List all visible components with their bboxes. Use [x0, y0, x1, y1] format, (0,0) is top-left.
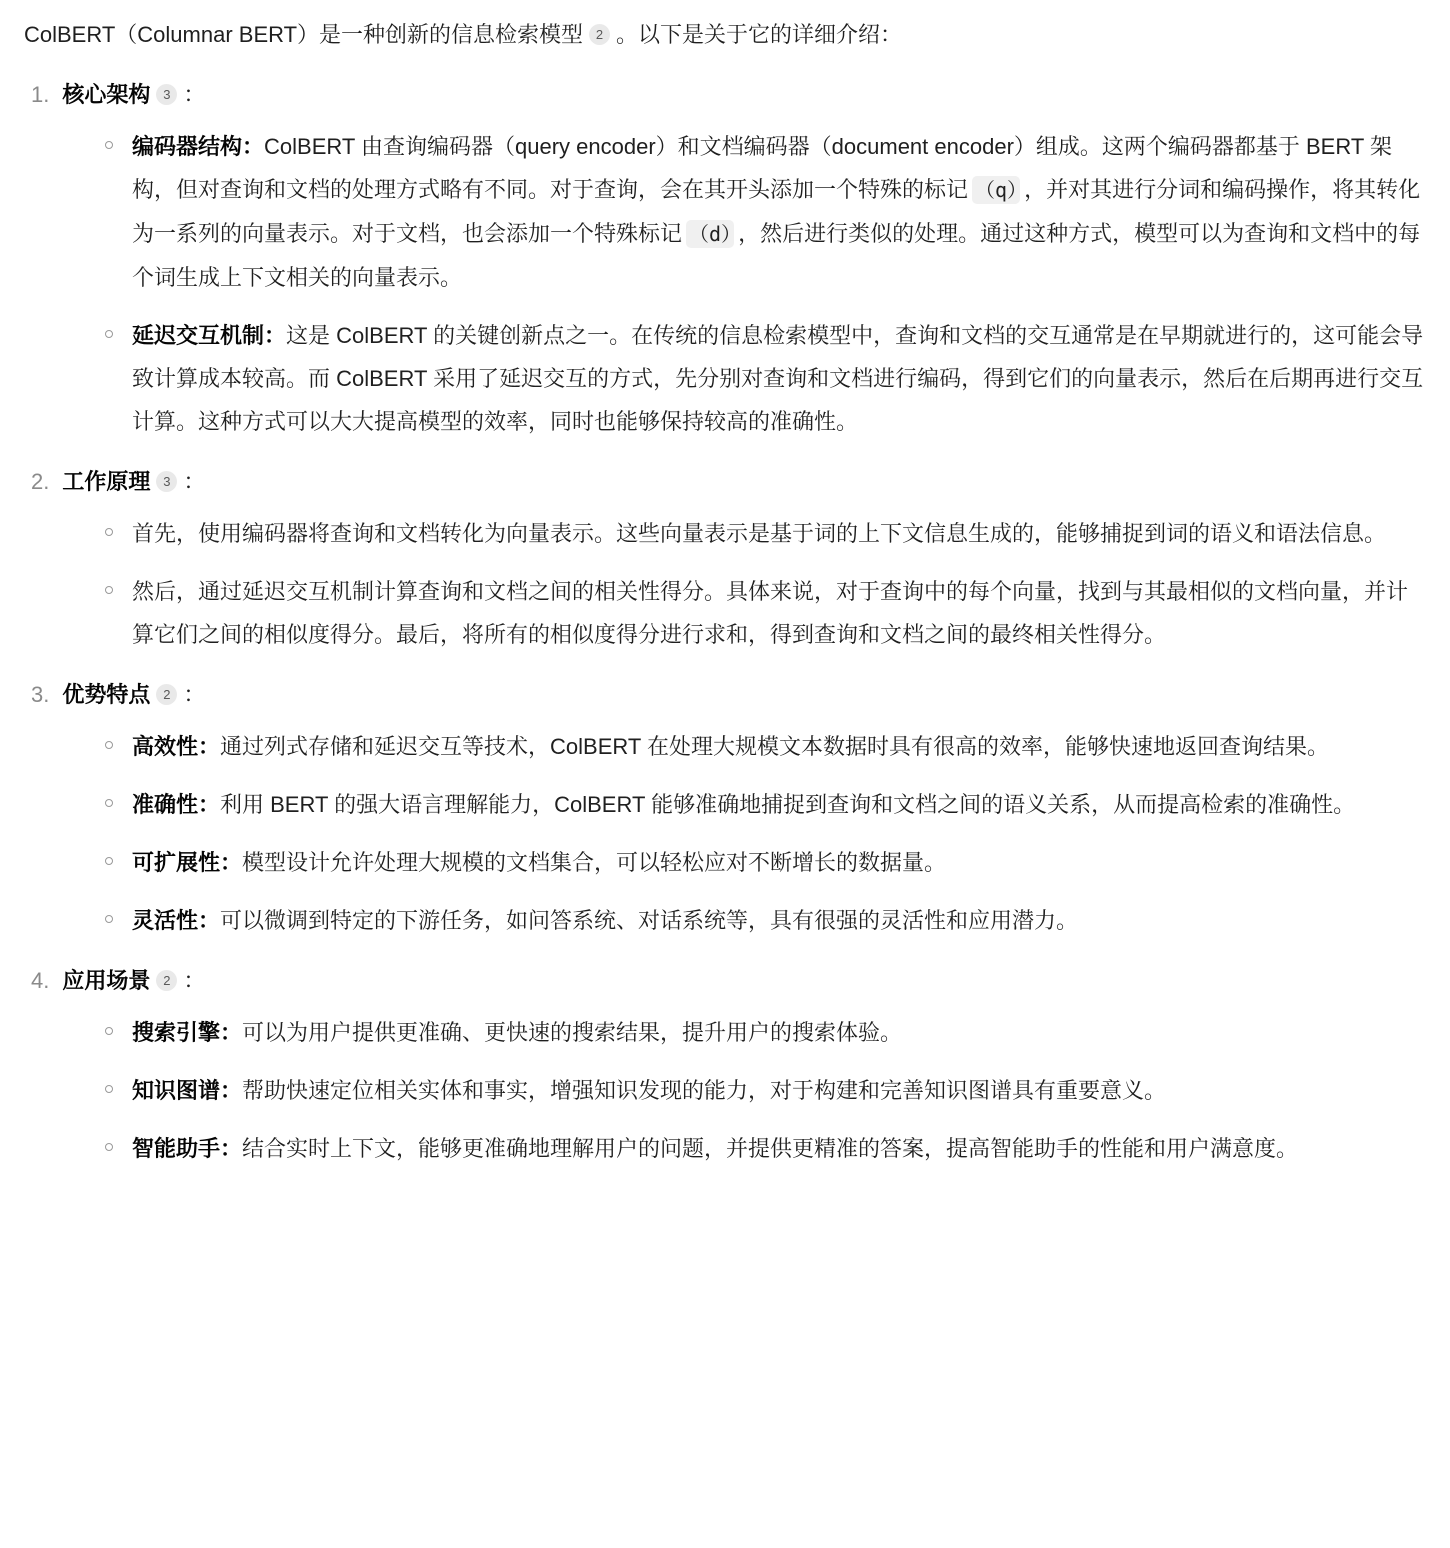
- section-items: 搜索引擎：可以为用户提供更准确、更快速的搜索结果，提升用户的搜索体验。 知识图谱…: [105, 1011, 1426, 1170]
- item-segment: 首先，使用编码器将查询和文档转化为向量表示。这些向量表示是基于词的上下文信息生成…: [132, 521, 1386, 546]
- item-segment: 结合实时上下文，能够更准确地理解用户的问题，并提供更精准的答案，提高智能助手的性…: [242, 1136, 1298, 1161]
- section-colon: ：: [183, 968, 205, 993]
- bullet-circle-icon: [105, 741, 113, 749]
- bullet-circle-icon: [105, 799, 113, 807]
- intro-text-before: ColBERT（Columnar BERT）是一种创新的信息检索模型: [24, 22, 583, 47]
- section-core-architecture: 1.核心架构3： 编码器结构：ColBERT 由查询编码器（query enco…: [24, 73, 1426, 443]
- item-label: 准确性：: [132, 792, 220, 817]
- citation-badge[interactable]: 2: [589, 24, 610, 45]
- item-label: 延迟交互机制：: [132, 323, 286, 348]
- item-text: 灵活性：可以微调到特定的下游任务，如问答系统、对话系统等，具有很强的灵活性和应用…: [132, 899, 1426, 942]
- list-item: 灵活性：可以微调到特定的下游任务，如问答系统、对话系统等，具有很强的灵活性和应用…: [105, 899, 1426, 942]
- list-item: 搜索引擎：可以为用户提供更准确、更快速的搜索结果，提升用户的搜索体验。: [105, 1011, 1426, 1054]
- item-segment: 可以微调到特定的下游任务，如问答系统、对话系统等，具有很强的灵活性和应用潜力。: [220, 908, 1078, 933]
- list-item: 知识图谱：帮助快速定位相关实体和事实，增强知识发现的能力，对于构建和完善知识图谱…: [105, 1069, 1426, 1112]
- item-segment: 可以为用户提供更准确、更快速的搜索结果，提升用户的搜索体验。: [242, 1020, 902, 1045]
- bullet-circle-icon: [105, 330, 113, 338]
- item-text: 智能助手：结合实时上下文，能够更准确地理解用户的问题，并提供更精准的答案，提高智…: [132, 1127, 1426, 1170]
- section-colon: ：: [183, 469, 205, 494]
- bullet-circle-icon: [105, 915, 113, 923]
- citation-badge[interactable]: 2: [156, 684, 177, 705]
- list-item: 首先，使用编码器将查询和文档转化为向量表示。这些向量表示是基于词的上下文信息生成…: [105, 512, 1426, 555]
- item-text: 然后，通过延迟交互机制计算查询和文档之间的相关性得分。具体来说，对于查询中的每个…: [132, 570, 1426, 656]
- bullet-circle-icon: [105, 141, 113, 149]
- section-heading: 1.核心架构3：: [24, 73, 1426, 116]
- section-heading: 4.应用场景2：: [24, 959, 1426, 1002]
- list-number: 4.: [31, 959, 49, 1002]
- citation-badge[interactable]: 3: [156, 471, 177, 492]
- section-colon: ：: [183, 82, 205, 107]
- bullet-circle-icon: [105, 1085, 113, 1093]
- item-label: 智能助手：: [132, 1136, 242, 1161]
- citation-badge[interactable]: 2: [156, 970, 177, 991]
- citation-badge[interactable]: 3: [156, 84, 177, 105]
- item-text: 延迟交互机制：这是 ColBERT 的关键创新点之一。在传统的信息检索模型中，查…: [132, 314, 1426, 443]
- item-segment: 利用 BERT 的强大语言理解能力，ColBERT 能够准确地捕捉到查询和文档之…: [220, 792, 1355, 817]
- item-segment: 然后，通过延迟交互机制计算查询和文档之间的相关性得分。具体来说，对于查询中的每个…: [132, 579, 1408, 647]
- section-items: 高效性：通过列式存储和延迟交互等技术，ColBERT 在处理大规模文本数据时具有…: [105, 725, 1426, 942]
- section-colon: ：: [183, 682, 205, 707]
- item-text: 首先，使用编码器将查询和文档转化为向量表示。这些向量表示是基于词的上下文信息生成…: [132, 512, 1426, 555]
- item-text: 准确性：利用 BERT 的强大语言理解能力，ColBERT 能够准确地捕捉到查询…: [132, 783, 1426, 826]
- bullet-circle-icon: [105, 1143, 113, 1151]
- section-title: 工作原理: [62, 469, 150, 494]
- item-label: 编码器结构：: [132, 134, 264, 159]
- section-heading: 2.工作原理3：: [24, 460, 1426, 503]
- intro-paragraph: ColBERT（Columnar BERT）是一种创新的信息检索模型2。以下是关…: [24, 13, 1426, 56]
- bullet-circle-icon: [105, 857, 113, 865]
- list-item: 然后，通过延迟交互机制计算查询和文档之间的相关性得分。具体来说，对于查询中的每个…: [105, 570, 1426, 656]
- section-advantages: 3.优势特点2： 高效性：通过列式存储和延迟交互等技术，ColBERT 在处理大…: [24, 673, 1426, 942]
- list-item: 智能助手：结合实时上下文，能够更准确地理解用户的问题，并提供更精准的答案，提高智…: [105, 1127, 1426, 1170]
- list-item: 编码器结构：ColBERT 由查询编码器（query encoder）和文档编码…: [105, 125, 1426, 299]
- item-segment: 这是 ColBERT 的关键创新点之一。在传统的信息检索模型中，查询和文档的交互…: [132, 323, 1423, 434]
- bullet-circle-icon: [105, 1027, 113, 1035]
- intro-text-after: 。以下是关于它的详细介绍：: [616, 22, 902, 47]
- section-use-cases: 4.应用场景2： 搜索引擎：可以为用户提供更准确、更快速的搜索结果，提升用户的搜…: [24, 959, 1426, 1170]
- section-title: 优势特点: [62, 682, 150, 707]
- item-segment: 通过列式存储和延迟交互等技术，ColBERT 在处理大规模文本数据时具有很高的效…: [220, 734, 1329, 759]
- item-text: 编码器结构：ColBERT 由查询编码器（query encoder）和文档编码…: [132, 125, 1426, 299]
- inline-code: （q）: [972, 176, 1020, 204]
- list-number: 1.: [31, 73, 49, 116]
- item-label: 可扩展性：: [132, 850, 242, 875]
- item-segment: 帮助快速定位相关实体和事实，增强知识发现的能力，对于构建和完善知识图谱具有重要意…: [242, 1078, 1166, 1103]
- item-text: 搜索引擎：可以为用户提供更准确、更快速的搜索结果，提升用户的搜索体验。: [132, 1011, 1426, 1054]
- section-title: 核心架构: [62, 82, 150, 107]
- bullet-circle-icon: [105, 528, 113, 536]
- section-title: 应用场景: [62, 968, 150, 993]
- item-segment: 模型设计允许处理大规模的文档集合，可以轻松应对不断增长的数据量。: [242, 850, 946, 875]
- list-item: 可扩展性：模型设计允许处理大规模的文档集合，可以轻松应对不断增长的数据量。: [105, 841, 1426, 884]
- inline-code: （d）: [686, 220, 734, 248]
- section-items: 首先，使用编码器将查询和文档转化为向量表示。这些向量表示是基于词的上下文信息生成…: [105, 512, 1426, 656]
- list-number: 2.: [31, 460, 49, 503]
- document-body: ColBERT（Columnar BERT）是一种创新的信息检索模型2。以下是关…: [24, 13, 1426, 1170]
- item-text: 高效性：通过列式存储和延迟交互等技术，ColBERT 在处理大规模文本数据时具有…: [132, 725, 1426, 768]
- item-label: 高效性：: [132, 734, 220, 759]
- list-item: 准确性：利用 BERT 的强大语言理解能力，ColBERT 能够准确地捕捉到查询…: [105, 783, 1426, 826]
- bullet-circle-icon: [105, 586, 113, 594]
- section-working-principle: 2.工作原理3： 首先，使用编码器将查询和文档转化为向量表示。这些向量表示是基于…: [24, 460, 1426, 656]
- item-label: 搜索引擎：: [132, 1020, 242, 1045]
- item-label: 知识图谱：: [132, 1078, 242, 1103]
- item-text: 可扩展性：模型设计允许处理大规模的文档集合，可以轻松应对不断增长的数据量。: [132, 841, 1426, 884]
- section-heading: 3.优势特点2：: [24, 673, 1426, 716]
- list-item: 高效性：通过列式存储和延迟交互等技术，ColBERT 在处理大规模文本数据时具有…: [105, 725, 1426, 768]
- section-items: 编码器结构：ColBERT 由查询编码器（query encoder）和文档编码…: [105, 125, 1426, 443]
- item-text: 知识图谱：帮助快速定位相关实体和事实，增强知识发现的能力，对于构建和完善知识图谱…: [132, 1069, 1426, 1112]
- list-item: 延迟交互机制：这是 ColBERT 的关键创新点之一。在传统的信息检索模型中，查…: [105, 314, 1426, 443]
- item-label: 灵活性：: [132, 908, 220, 933]
- list-number: 3.: [31, 673, 49, 716]
